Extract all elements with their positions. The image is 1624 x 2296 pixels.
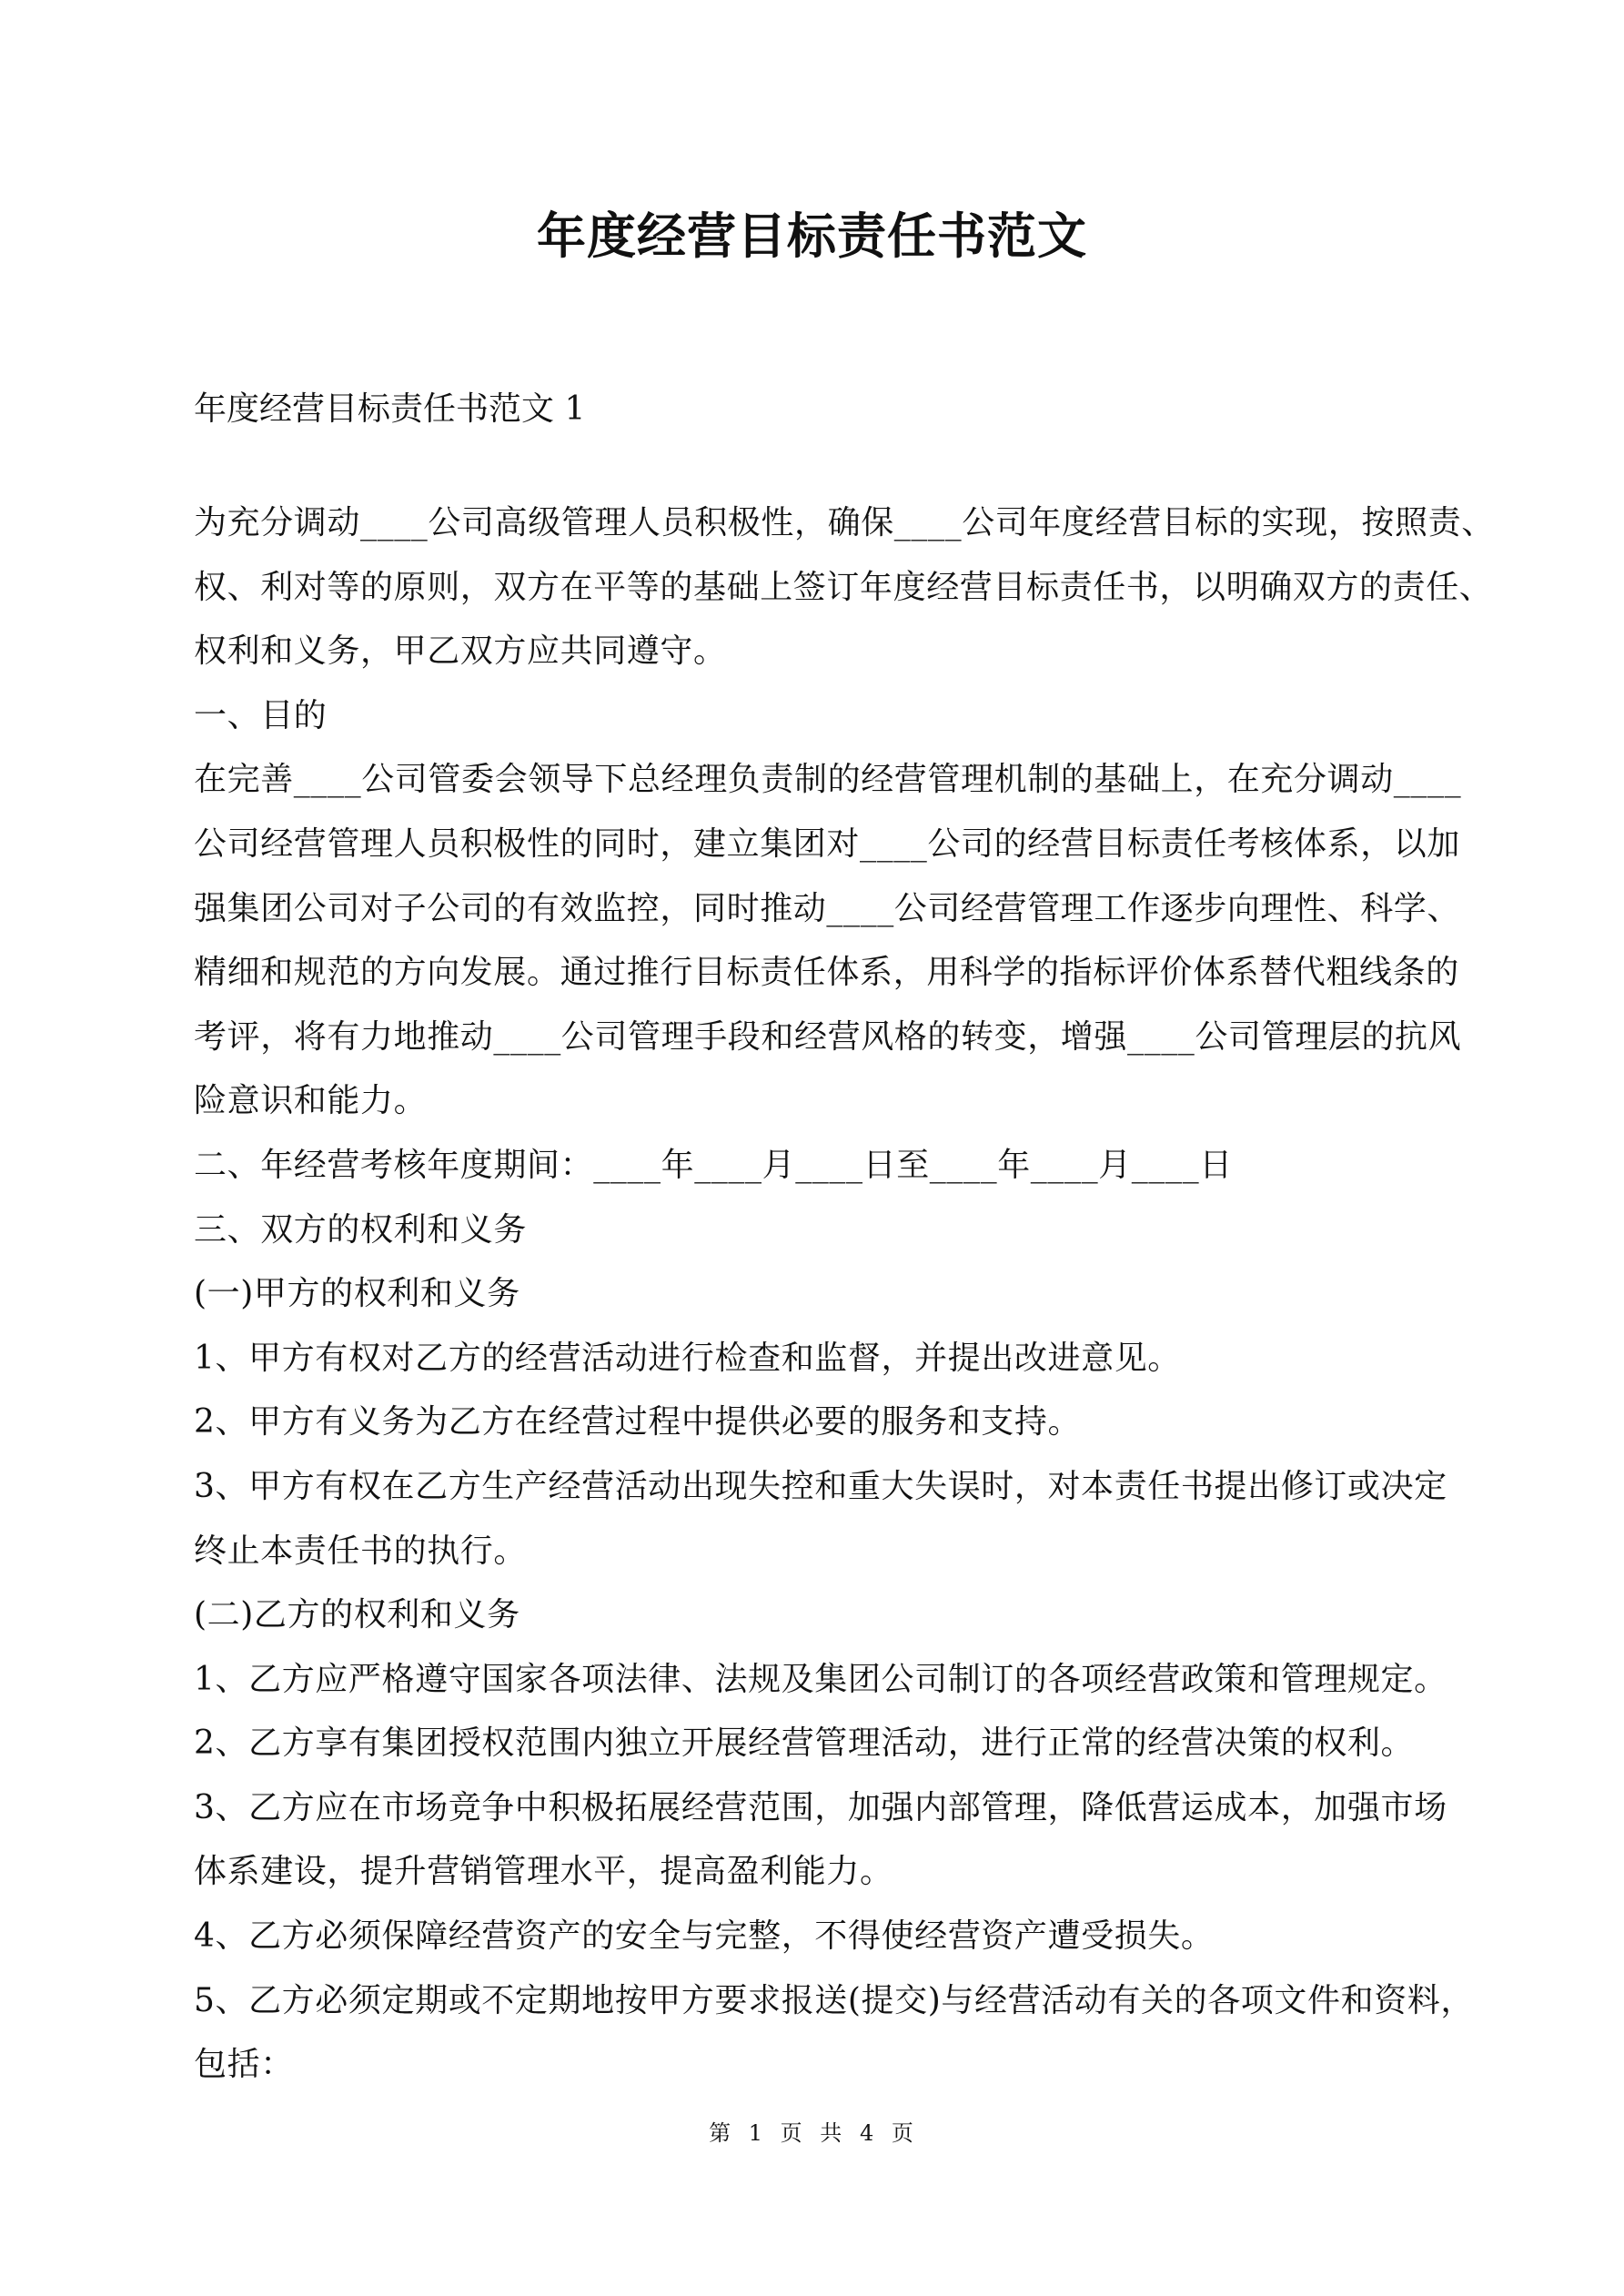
list-item-continuation: 终止本责任书的执行。 (194, 1520, 1431, 1584)
section-heading-period: 二、年经营考核年度期间：____年____月____日至____年____月__… (194, 1134, 1431, 1199)
section-subtitle: 年度经营目标责任书范文 1 (194, 387, 585, 432)
list-item: 2、甲方有义务为乙方在经营过程中提供必要的服务和支持。 (194, 1391, 1431, 1455)
document-body: 为充分调动____公司高级管理人员积极性，确保____公司年度经营目标的实现，按… (194, 491, 1431, 2098)
body-line: 权利和义务，甲乙双方应共同遵守。 (194, 620, 1431, 684)
page-indicator: 第 1 页 共 4 页 (0, 2119, 1624, 2148)
section-heading-purpose: 一、目的 (194, 684, 1431, 749)
list-item-continuation: 包括： (194, 2033, 1431, 2098)
list-item: 2、乙方享有集团授权范围内独立开展经营管理活动，进行正常的经营决策的权利。 (194, 1712, 1431, 1776)
body-line: 考评，将有力地推动____公司管理手段和经营风格的转变，增强____公司管理层的… (194, 1006, 1431, 1070)
subsection-heading-party-b: (二)乙方的权利和义务 (194, 1583, 1431, 1648)
body-line: 权、利对等的原则，双方在平等的基础上签订年度经营目标责任书，以明确双方的责任、 (194, 556, 1431, 621)
body-line: 精细和规范的方向发展。通过推行目标责任体系，用科学的指标评价体系替代粗线条的 (194, 941, 1431, 1006)
list-item-continuation: 体系建设，提升营销管理水平，提高盈利能力。 (194, 1840, 1431, 1905)
list-item: 3、乙方应在市场竞争中积极拓展经营范围，加强内部管理，降低营运成本，加强市场 (194, 1776, 1431, 1841)
section-heading-rights: 三、双方的权利和义务 (194, 1199, 1431, 1263)
body-line: 险意识和能力。 (194, 1069, 1431, 1134)
list-item: 1、甲方有权对乙方的经营活动进行检查和监督，并提出改进意见。 (194, 1327, 1431, 1391)
body-line: 公司经营管理人员积极性的同时，建立集团对____公司的经营目标责任考核体系，以加 (194, 813, 1431, 877)
body-line: 在完善____公司管委会领导下总经理负责制的经营管理机制的基础上，在充分调动__… (194, 748, 1431, 813)
list-item: 4、乙方必须保障经营资产的安全与完整，不得使经营资产遭受损失。 (194, 1905, 1431, 1969)
list-item: 5、乙方必须定期或不定期地按甲方要求报送(提交)与经营活动有关的各项文件和资料， (194, 1969, 1431, 2034)
list-item: 1、乙方应严格遵守国家各项法律、法规及集团公司制订的各项经营政策和管理规定。 (194, 1648, 1431, 1713)
document-title: 年度经营目标责任书范文 (0, 205, 1624, 268)
list-item: 3、甲方有权在乙方生产经营活动出现失控和重大失误时，对本责任书提出修订或决定 (194, 1455, 1431, 1520)
body-line: 为充分调动____公司高级管理人员积极性，确保____公司年度经营目标的实现，按… (194, 491, 1431, 556)
subsection-heading-party-a: (一)甲方的权利和义务 (194, 1262, 1431, 1327)
body-line: 强集团公司对子公司的有效监控，同时推动____公司经营管理工作逐步向理性、科学、 (194, 877, 1431, 942)
